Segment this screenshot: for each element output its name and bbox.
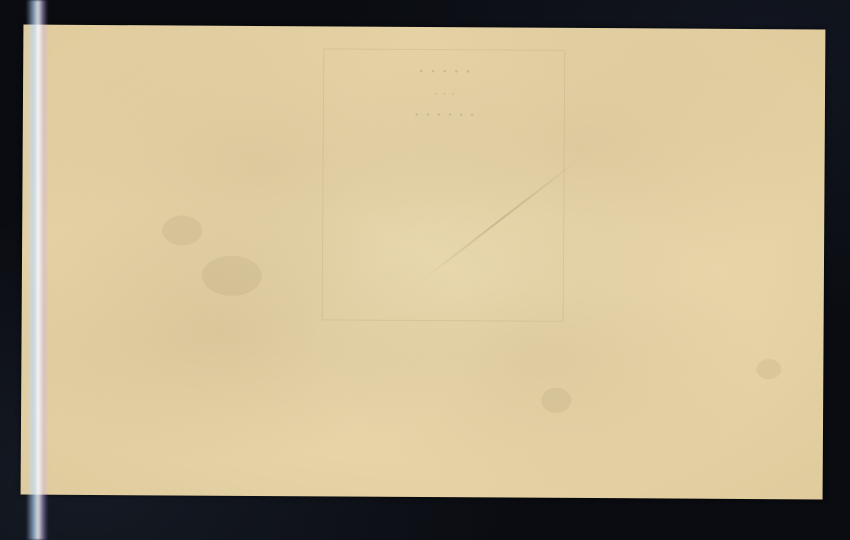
show-through-print: · · · · · · · · · · · · · · xyxy=(322,48,566,321)
stain xyxy=(541,388,571,413)
show-through-line-2: · · · xyxy=(324,89,564,100)
stain xyxy=(756,359,781,379)
paper-note: · · · · · · · · · · · · · · xyxy=(21,25,826,500)
light-glare xyxy=(26,0,48,540)
show-through-line-1: · · · · · xyxy=(324,63,564,80)
show-through-line-3: · · · · · · xyxy=(324,107,564,123)
stain xyxy=(162,215,202,245)
stain xyxy=(202,256,262,296)
